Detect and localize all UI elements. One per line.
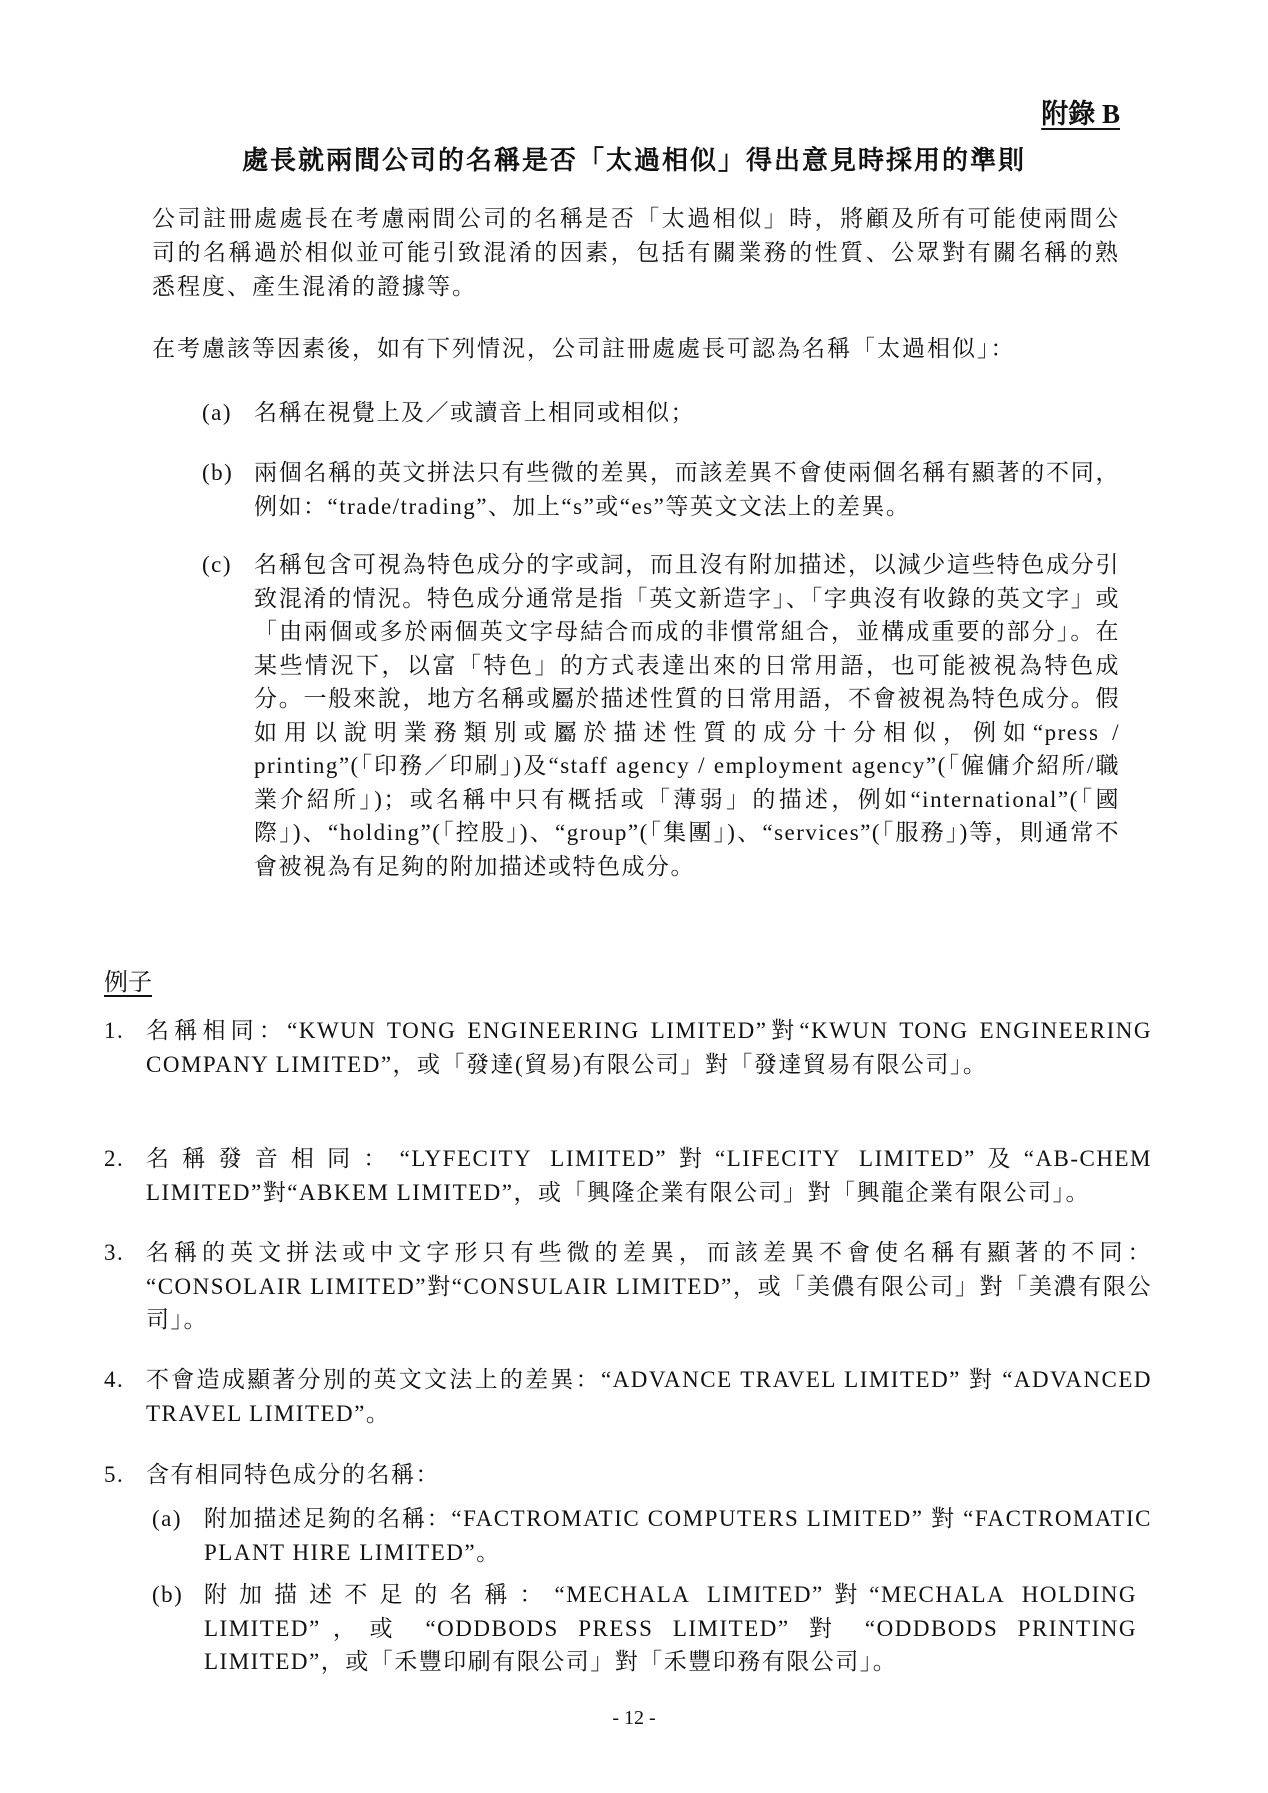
example-3: 3. 名稱的英文拼法或中文字形只有些微的差異，而該差異不會使名稱有顯著的不同： … [104, 1236, 1152, 1337]
criterion-a: (a) 名稱在視覺上及／或讀音上相同或相似； [202, 396, 1120, 430]
example-1: 1. 名稱相同：“KWUN TONG ENGINEERING LIMITED”對… [104, 1014, 1152, 1081]
example-number: 1. [104, 1014, 146, 1081]
criterion-text: 名稱包含可視為特色成分的字或詞，而且沒有附加描述，以減少這些特色成分引致混淆的情… [254, 548, 1120, 883]
example-5b: (b) 附加描述不足的名稱：“MECHALA LIMITED”對“MECHALA… [152, 1578, 1137, 1679]
example-text: 名稱相同：“KWUN TONG ENGINEERING LIMITED”對“KW… [146, 1014, 1152, 1081]
criterion-text: 名稱在視覺上及／或讀音上相同或相似； [254, 396, 1120, 430]
example-text: 含有相同特色成分的名稱： [146, 1458, 1152, 1492]
criterion-b: (b) 兩個名稱的英文拼法只有些微的差異，而該差異不會使兩個名稱有顯著的不同，例… [202, 456, 1120, 523]
example-2: 2. 名稱發音相同：“LYFECITY LIMITED”對“LIFECITY L… [104, 1142, 1152, 1209]
criterion-label: (b) [202, 456, 254, 523]
document-title: 處長就兩間公司的名稱是否「太過相似」得出意見時採用的準則 [0, 140, 1268, 177]
conditions-paragraph: 在考慮該等因素後，如有下列情況，公司註冊處處長可認為名稱「太過相似」： [152, 332, 1120, 366]
criterion-label: (c) [202, 548, 254, 883]
example-number: 2. [104, 1142, 146, 1209]
example-text: 名稱發音相同：“LYFECITY LIMITED”對“LIFECITY LIMI… [146, 1142, 1152, 1209]
sub-example-text: 附加描述不足的名稱：“MECHALA LIMITED”對“MECHALA HOL… [204, 1578, 1137, 1679]
example-text: 不會造成顯著分別的英文文法上的差異：“ADVANCE TRAVEL LIMITE… [146, 1363, 1152, 1430]
example-5: 5. 含有相同特色成分的名稱： [104, 1458, 1152, 1492]
example-text: 名稱的英文拼法或中文字形只有些微的差異，而該差異不會使名稱有顯著的不同： “CO… [146, 1236, 1152, 1337]
sub-example-label: (a) [152, 1502, 204, 1569]
criterion-label: (a) [202, 396, 254, 430]
example-4: 4. 不會造成顯著分別的英文文法上的差異：“ADVANCE TRAVEL LIM… [104, 1363, 1152, 1430]
sub-example-text: 附加描述足夠的名稱：“FACTROMATIC COMPUTERS LIMITED… [204, 1502, 1152, 1569]
example-number: 4. [104, 1363, 146, 1430]
example-number: 5. [104, 1458, 146, 1492]
page-number: - 12 - [0, 1707, 1268, 1730]
criterion-c: (c) 名稱包含可視為特色成分的字或詞，而且沒有附加描述，以減少這些特色成分引致… [202, 548, 1120, 883]
criterion-text: 兩個名稱的英文拼法只有些微的差異，而該差異不會使兩個名稱有顯著的不同，例如：“t… [254, 456, 1120, 523]
intro-paragraph: 公司註冊處處長在考慮兩間公司的名稱是否「太過相似」時，將顧及所有可能使兩間公司的… [152, 202, 1120, 304]
sub-example-label: (b) [152, 1578, 204, 1679]
example-number: 3. [104, 1236, 146, 1337]
example-5a: (a) 附加描述足夠的名稱：“FACTROMATIC COMPUTERS LIM… [152, 1502, 1152, 1569]
annex-label: 附錄 B [1041, 92, 1120, 131]
examples-heading: 例子 [104, 962, 152, 997]
